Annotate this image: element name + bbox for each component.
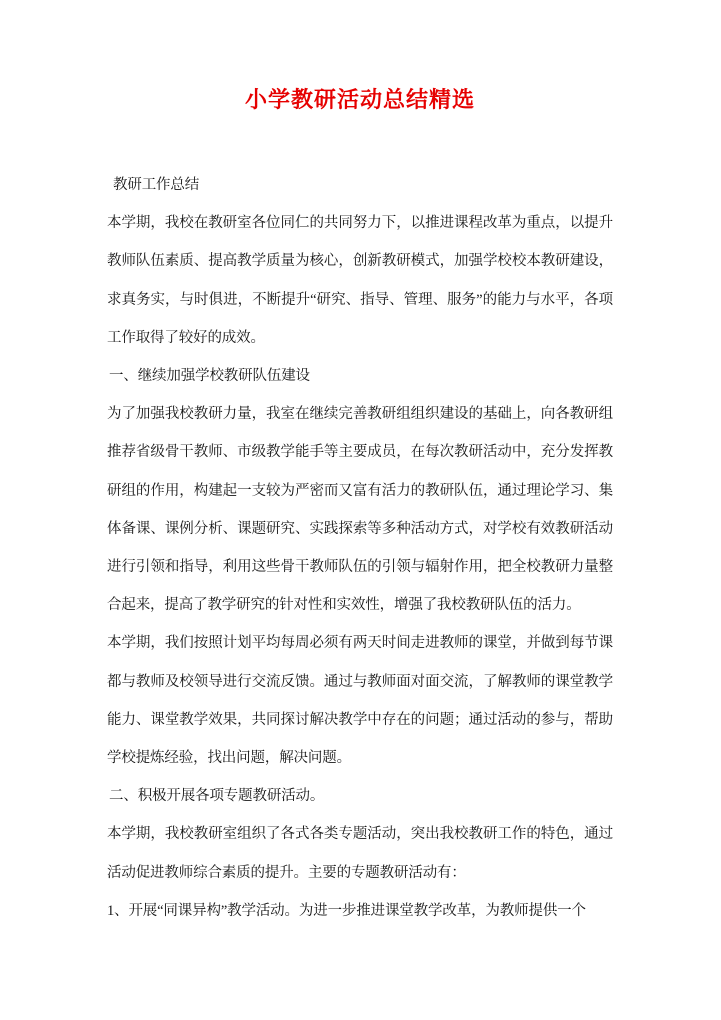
paragraph-intro: 本学期，我校在教研室各位同仁的共同努力下，以推进课程改革为重点，以提升教师队伍素… [107, 204, 613, 357]
document-content: 小学教研活动总结精选 教研工作总结 本学期，我校在教研室各位同仁的共同努力下，以… [107, 84, 613, 930]
paragraph-section1-classroom: 本学期，我们按照计划平均每周必须有两天时间走进教师的课堂，并做到每节课都与教师及… [107, 624, 613, 777]
document-page: 小学教研活动总结精选 教研工作总结 本学期，我校在教研室各位同仁的共同努力下，以… [0, 0, 721, 1020]
document-title: 小学教研活动总结精选 [107, 84, 613, 116]
section-heading-1: 一、继续加强学校教研队伍建设 [107, 357, 613, 395]
paragraph-section2-intro: 本学期，我校教研室组织了各式各类专题活动，突出我校教研工作的特色，通过活动促进教… [107, 815, 613, 891]
paragraph-section1-team: 为了加强我校教研力量，我室在继续完善教研组组织建设的基础上，向各教研组推荐省级骨… [107, 395, 613, 624]
section-heading-2: 二、积极开展各项专题教研活动。 [107, 777, 613, 815]
document-subtitle: 教研工作总结 [107, 166, 613, 204]
paragraph-item-1: 1、开展“同课异构”教学活动。为进一步推进课堂教学改革，为教师提供一个 [107, 892, 613, 930]
